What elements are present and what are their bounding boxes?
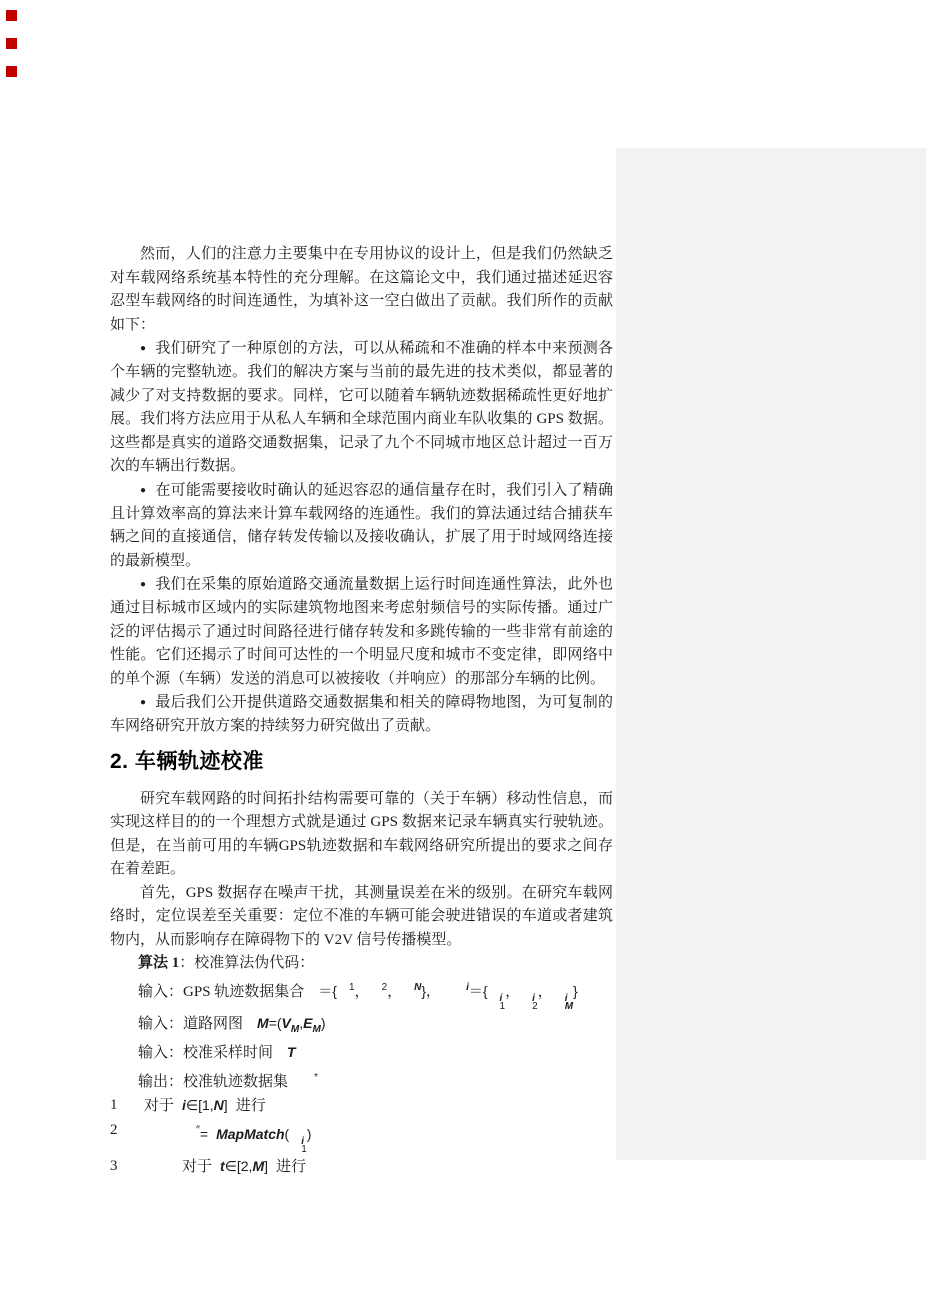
math-token: ) [307, 1126, 312, 1142]
bullet-icon: ● [140, 697, 146, 708]
step-text: 进行 [276, 1159, 306, 1175]
math-token: M [252, 1158, 264, 1174]
bullet-item: ●我们在采集的原始道路交通流量数据上运行时间连通性算法，此外也通过目标城市区域内… [110, 573, 613, 691]
math-token: =( [269, 1015, 282, 1031]
bullet-text: 最后我们公开提供道路交通数据集和相关的障碍物地图，为可复制的车网络研究开放方案的… [110, 695, 613, 735]
math-token: ， [538, 984, 553, 1000]
step-number: 1 [110, 1094, 144, 1119]
math-token: ∈[1, [186, 1097, 214, 1113]
bullet-icon: ● [140, 485, 146, 496]
bullet-text: 在可能需要接收时确认的延迟容忍的通信量存在时，我们引入了精确且计算效率高的算法来… [110, 482, 613, 569]
algorithm-input-line: 输入：GPS 轨迹数据集合＝{1，2，N}，i＝{i1，i2，iM} [110, 976, 613, 1012]
math-token: ＝{ [318, 983, 337, 999]
body-paragraph: 首先，GPS 数据存在噪声干扰，其测量误差在米的级别。在研究车载网络时，定位误差… [110, 882, 613, 953]
math-token: ， [387, 984, 402, 1000]
revision-mark-icon [6, 38, 17, 49]
body-paragraph: 研究车载网路的时间拓扑结构需要可靠的（关于车辆）移动性信息，而实现这样目的的一个… [110, 788, 613, 882]
algorithm-caption-label: 算法 1 [138, 955, 179, 971]
math-token: ， [355, 984, 370, 1000]
algorithm-input-line: 输入：道路网图M=(VM,EM) [110, 1012, 613, 1042]
algorithm-block: 算法 1：校准算法伪代码： 输入：GPS 轨迹数据集合＝{1，2，N}，i＝{i… [110, 952, 613, 1179]
bullet-item: ●最后我们公开提供道路交通数据集和相关的障碍物地图，为可复制的车网络研究开放方案… [110, 691, 613, 739]
step-text: 对于 [182, 1159, 212, 1175]
math-token: }， [421, 983, 440, 999]
math-token: ( [285, 1126, 290, 1142]
section-heading: 2. 车辆轨迹校准 [110, 747, 613, 777]
math-token: ] [224, 1097, 228, 1113]
input-label: 输入： [138, 984, 183, 1000]
algorithm-step: 1对于i∈[1,N]进行 [110, 1094, 613, 1119]
document-page-content: 然而，人们的注意力主要集中在专用协议的设计上，但是我们仍然缺乏对车载网络系统基本… [110, 243, 613, 1179]
math-token: = [200, 1126, 208, 1142]
math-sup: * [314, 1072, 318, 1083]
algorithm-input-line: 输入：校准采样时间T [110, 1041, 613, 1066]
function-name: MapMatch [216, 1126, 284, 1142]
bullet-item: ●我们研究了一种原创的方法，可以从稀疏和不准确的样本中来预测各个车辆的完整轨迹。… [110, 337, 613, 479]
algorithm-caption: 算法 1：校准算法伪代码： [110, 952, 613, 976]
math-stacked-index: iM [565, 995, 573, 1012]
bullet-text: 我们在采集的原始道路交通流量数据上运行时间连通性算法，此外也通过目标城市区域内的… [110, 577, 613, 687]
input-text: 道路网图 [183, 1016, 243, 1032]
algorithm-caption-text: ：校准算法伪代码： [179, 955, 314, 971]
bullet-item: ●在可能需要接收时确认的延迟容忍的通信量存在时，我们引入了精确且计算效率高的算法… [110, 479, 613, 574]
math-token: T [287, 1044, 296, 1060]
step-number: 3 [110, 1155, 144, 1180]
output-text: 校准轨迹数据集 [183, 1074, 288, 1090]
math-token: N [214, 1097, 224, 1113]
math-token: ∈[2, [225, 1158, 253, 1174]
math-token: ) [321, 1015, 326, 1031]
input-text: 校准采样时间 [183, 1045, 273, 1061]
math-token: M [257, 1015, 269, 1031]
math-token: } [573, 983, 578, 999]
input-text: GPS 轨迹数据集合 [183, 984, 304, 1000]
body-paragraph: 然而，人们的注意力主要集中在专用协议的设计上，但是我们仍然缺乏对车载网络系统基本… [110, 243, 613, 337]
step-text: 进行 [236, 1098, 266, 1114]
output-label: 输出： [138, 1074, 183, 1090]
step-text: 对于 [144, 1098, 174, 1114]
algorithm-output-line: 输出：校准轨迹数据集* [110, 1066, 613, 1095]
math-token: V [282, 1015, 291, 1031]
algorithm-step: 2″=MapMatch(i1) [110, 1119, 613, 1155]
bullet-text: 我们研究了一种原创的方法，可以从稀疏和不准确的样本中来预测各个车辆的完整轨迹。我… [110, 341, 613, 475]
revision-mark-icon [6, 66, 17, 77]
bullet-icon: ● [140, 343, 146, 354]
bullet-icon: ● [140, 579, 146, 590]
algorithm-step: 3对于t∈[2,M]进行 [110, 1155, 613, 1180]
math-sub: M [291, 1024, 299, 1035]
math-sub: M [312, 1024, 320, 1035]
math-token: ， [505, 984, 520, 1000]
math-token: ＝{ [469, 983, 488, 999]
input-label: 输入： [138, 1016, 183, 1032]
input-label: 输入： [138, 1045, 183, 1061]
right-empty-panel [616, 148, 926, 1160]
revision-mark-icon [6, 10, 17, 21]
math-token: ] [264, 1158, 268, 1174]
step-number: 2 [110, 1119, 144, 1155]
